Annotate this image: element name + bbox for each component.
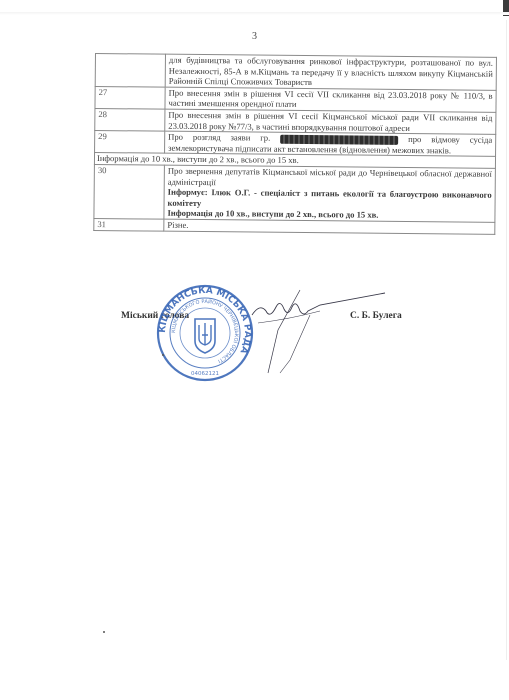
agenda-table: для будівництва та обслуговування ринков… bbox=[93, 53, 497, 234]
item-title: Про звернення депутатів Кіцманської місь… bbox=[168, 166, 492, 190]
page-number: 3 bbox=[0, 31, 509, 42]
scan-top-shadow bbox=[0, 12, 509, 15]
item-text: для будівництва та обслуговування ринков… bbox=[165, 54, 496, 90]
item-text: Про внесення змін в рішення VI сесії VII… bbox=[165, 87, 496, 112]
item-text: Різне. bbox=[164, 219, 495, 234]
scan-right-edge bbox=[506, 20, 507, 660]
signature-icon bbox=[250, 285, 390, 375]
table-row: 31 Різне. bbox=[94, 218, 495, 233]
item-number: 27 bbox=[95, 86, 165, 109]
item-number: 31 bbox=[94, 218, 164, 230]
svg-text:04062121: 04062121 bbox=[191, 371, 219, 377]
item-text: Про розгляд заяви гр. про відмову сусіда… bbox=[165, 131, 496, 156]
item-number bbox=[95, 54, 165, 87]
official-stamp-icon: КІЦМАНСЬКА МІСЬКА РАДА КІЦМАНСЬКОГО РАЙО… bbox=[155, 283, 255, 383]
table-row: 30 Про звернення депутатів Кіцманської м… bbox=[94, 164, 495, 222]
item-number: 28 bbox=[95, 108, 165, 131]
item-informs: Інформує: Ілюк О.Г. - спеціаліст з питан… bbox=[168, 187, 492, 211]
item-text: Про внесення змін в рішення VI сесії Кіц… bbox=[165, 109, 496, 134]
item-number: 29 bbox=[95, 131, 165, 154]
table-row: для будівництва та обслуговування ринков… bbox=[95, 54, 496, 91]
item-text: Про звернення депутатів Кіцманської місь… bbox=[164, 165, 496, 222]
item-number: 30 bbox=[94, 164, 165, 219]
scan-speck bbox=[103, 631, 105, 633]
scan-speck bbox=[162, 354, 164, 356]
item-text-before: Про розгляд заяви гр. bbox=[168, 132, 270, 143]
